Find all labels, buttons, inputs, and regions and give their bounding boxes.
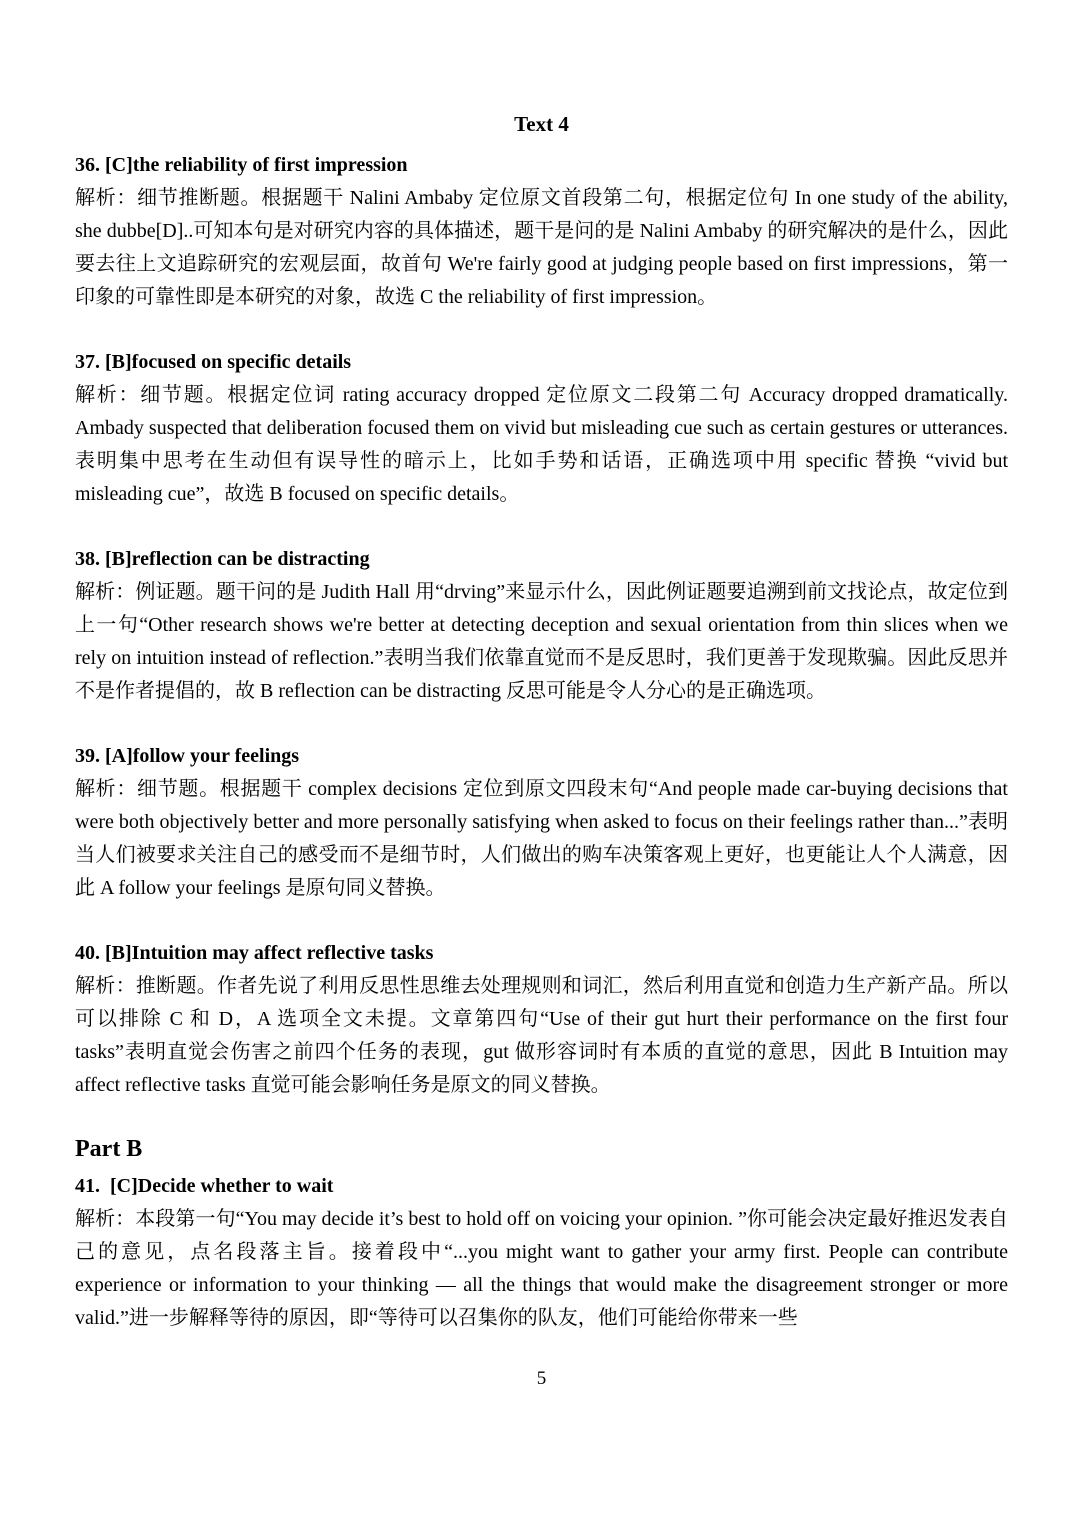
question-37-heading: 37. [B]focused on specific details: [75, 346, 1008, 379]
question-39-analysis: 解析：细节题。根据题干 complex decisions 定位到原文四段末句“…: [75, 773, 1008, 905]
question-40-analysis: 解析：推断题。作者先说了利用反思性思维去处理规则和词汇，然后利用直觉和创造力生产…: [75, 970, 1008, 1102]
question-37-analysis: 解析：细节题。根据定位词 rating accuracy dropped 定位原…: [75, 379, 1008, 511]
part-b-heading: Part B: [75, 1134, 1008, 1164]
document-page: Text 4 36. [C]the reliability of first i…: [0, 0, 1080, 1525]
question-39-heading: 39. [A]follow your feelings: [75, 740, 1008, 773]
question-36-analysis: 解析：细节推断题。根据题干 Nalini Ambaby 定位原文首段第二句，根据…: [75, 182, 1008, 314]
question-38-analysis: 解析：例证题。题干问的是 Judith Hall 用“drving”来显示什么，…: [75, 576, 1008, 708]
page-number: 5: [75, 1367, 1008, 1391]
question-41-analysis: 解析：本段第一句“You may decide it’s best to hol…: [75, 1203, 1008, 1335]
question-block-38: 38. [B]reflection can be distracting 解析：…: [75, 543, 1008, 708]
question-40-heading: 40. [B]Intuition may affect reflective t…: [75, 937, 1008, 970]
page-title: Text 4: [75, 110, 1008, 138]
question-36-heading: 36. [C]the reliability of first impressi…: [75, 149, 1008, 182]
question-block-36: 36. [C]the reliability of first impressi…: [75, 149, 1008, 314]
question-block-37: 37. [B]focused on specific details 解析：细节…: [75, 346, 1008, 511]
question-block-40: 40. [B]Intuition may affect reflective t…: [75, 937, 1008, 1102]
question-block-39: 39. [A]follow your feelings 解析：细节题。根据题干 …: [75, 740, 1008, 905]
question-38-heading: 38. [B]reflection can be distracting: [75, 543, 1008, 576]
question-41-heading: 41. [C]Decide whether to wait: [75, 1170, 1008, 1203]
question-block-41: 41. [C]Decide whether to wait 解析：本段第一句“Y…: [75, 1170, 1008, 1335]
